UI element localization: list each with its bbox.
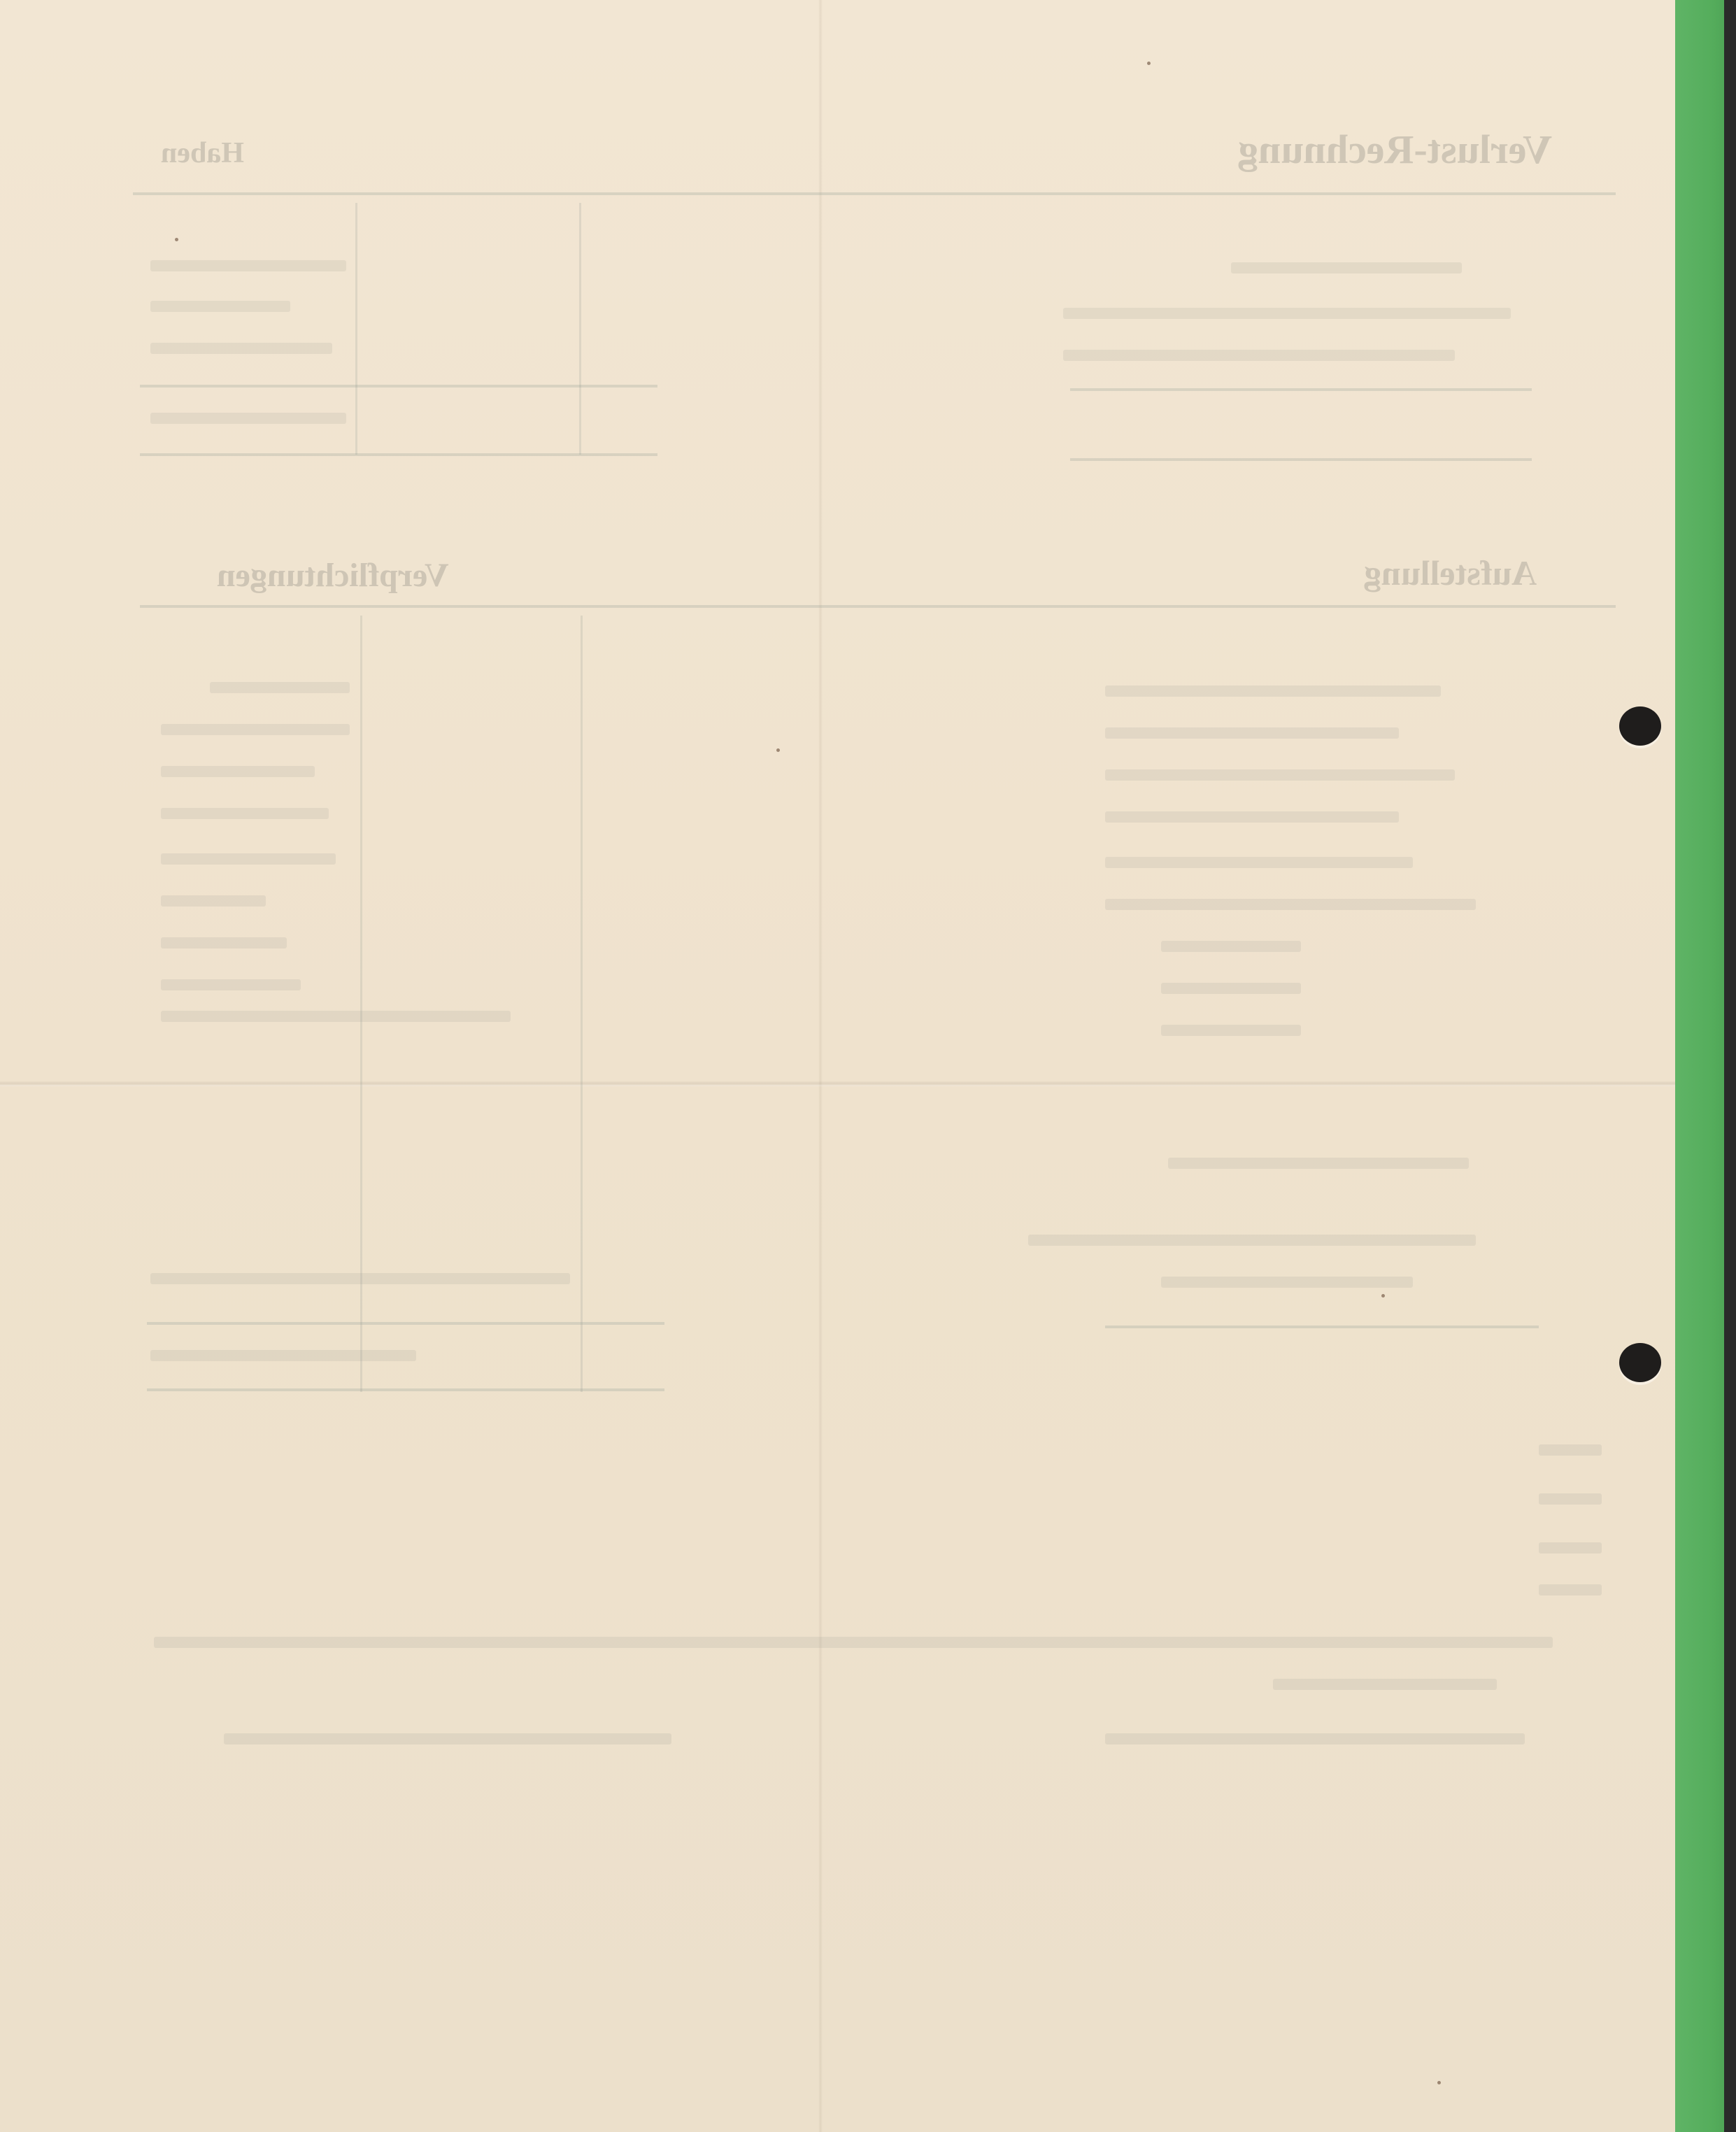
bleed-text-line	[161, 1011, 511, 1022]
bleed-column-rule	[579, 203, 581, 455]
punch-hole	[1619, 1343, 1661, 1382]
punch-hole	[1619, 706, 1661, 746]
horizontal-fold-crease	[0, 1081, 1675, 1086]
vertical-fold-crease	[818, 0, 823, 2132]
bleed-text-line	[1539, 1584, 1602, 1596]
bleed-text-line	[161, 853, 336, 865]
bleed-text-line	[1105, 1733, 1525, 1744]
bleed-text-line	[150, 1273, 570, 1284]
bleed-text-line	[150, 301, 290, 312]
bleed-text-line	[161, 766, 315, 777]
bleed-text-line	[1539, 1542, 1602, 1554]
paper-sheet	[0, 0, 1675, 2132]
bleed-text-line	[161, 937, 287, 948]
bleed-text-line	[1105, 811, 1399, 823]
bleed-rule	[147, 1388, 664, 1391]
bleed-text-line	[1539, 1444, 1602, 1456]
paper-speck	[1381, 1294, 1385, 1298]
bleed-column-rule	[355, 203, 357, 455]
bleed-text-line	[1105, 769, 1455, 781]
bleed-text-line	[1028, 1235, 1476, 1246]
bleed-heading-left: Haben	[161, 136, 244, 170]
bleed-rule	[1105, 1326, 1539, 1328]
bleed-text-line	[1105, 727, 1399, 739]
bleed-text-line	[161, 979, 301, 990]
bleed-text-line	[1539, 1493, 1602, 1505]
binding-dark-edge	[1724, 0, 1736, 2132]
bleed-text-line	[161, 808, 329, 819]
bleed-text-line	[1273, 1679, 1497, 1690]
paper-speck	[175, 238, 178, 241]
paper-speck	[776, 748, 780, 752]
bleed-text-line	[150, 413, 346, 424]
bleed-text-line	[1105, 685, 1441, 697]
bleed-rule	[140, 453, 657, 456]
bleed-text-line	[161, 895, 266, 907]
bleed-text-line	[1063, 308, 1511, 319]
bleed-text-line	[154, 1637, 1553, 1648]
bleed-text-line	[1231, 262, 1462, 273]
bleed-text-line	[1063, 350, 1455, 361]
bleed-text-line	[1161, 1277, 1413, 1288]
bleed-rule	[140, 605, 1616, 608]
paper-speck	[1147, 62, 1151, 65]
bleed-rule	[1070, 458, 1532, 461]
bleed-heading-right: Verlust-Rechnung	[1238, 126, 1552, 173]
bleed-rule	[140, 385, 657, 388]
paper-speck	[1437, 2081, 1441, 2084]
bleed-text-line	[1105, 899, 1476, 910]
bleed-text-line	[1105, 857, 1413, 868]
bleed-rule	[1070, 388, 1532, 391]
bleed-text-line	[1161, 983, 1301, 994]
bleed-heading-left-2: Verpflichtungen	[217, 556, 449, 595]
bleed-text-line	[150, 343, 332, 354]
bleed-text-line	[1168, 1158, 1469, 1169]
bleed-text-line	[150, 260, 346, 271]
bleed-text-line	[210, 682, 350, 693]
bleed-rule	[133, 192, 1616, 195]
bleed-text-line	[1161, 941, 1301, 952]
bleed-text-line	[1161, 1025, 1301, 1036]
bleed-column-rule	[581, 616, 583, 1392]
bleed-text-line	[150, 1350, 416, 1361]
bleed-text-line	[224, 1733, 671, 1744]
bleed-rule	[147, 1322, 664, 1325]
bleed-text-line	[161, 724, 350, 735]
bleed-heading-right-2: Aufstellung	[1364, 553, 1537, 593]
